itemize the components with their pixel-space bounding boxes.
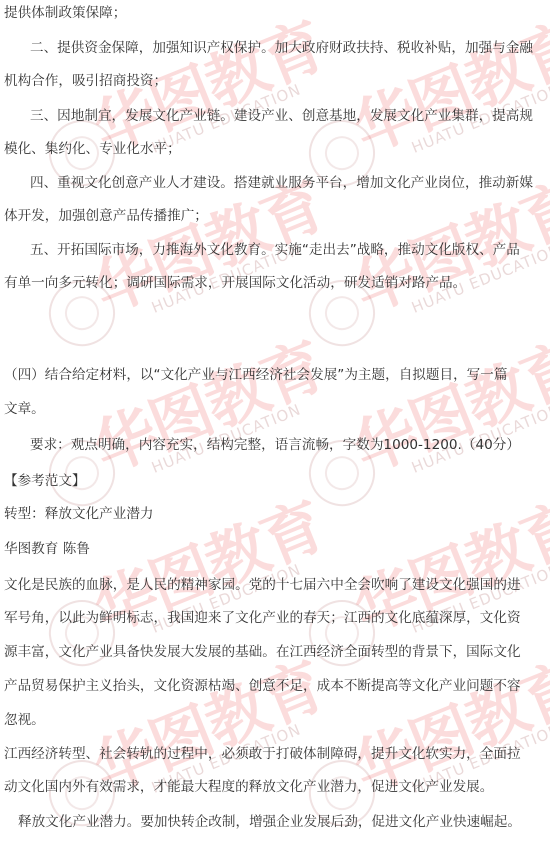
text-line: 三、因地制宜，发展文化产业链。建设产业、创意基地，发展文化产业集群，提高规 (30, 106, 550, 126)
question-heading: （四）结合给定材料，以“文化产业与江西经济社会发展”为主题，自拟题目，写一篇 (4, 365, 550, 385)
essay-title: 转型：释放文化产业潜力 (4, 504, 550, 524)
text-line: 释放文化产业潜力。要加快转企改制，增强企业发展后劲，促进文化产业快速崛起。 (18, 812, 550, 832)
text-line: 产品贸易保护主义抬头，文化资源枯竭、创意不足，成本不断提高等文化产业问题不容 (4, 676, 550, 696)
text-line: 模化、集约化、专业化水平； (4, 139, 550, 159)
text-line: 提供体制政策保障； (4, 3, 550, 23)
text-line: 四、重视文化创意产业人才建设。搭建就业服务平台，增加文化产业岗位，推动新媒 (30, 173, 550, 193)
text-line: 文章。 (4, 399, 550, 419)
text-line: 动文化国内外有效需求，才能最大程度的释放文化产业潜力，促进文化产业发展。 (4, 777, 550, 797)
text-line: 二、提供资金保障，加强知识产权保护。加大政府财政扶持、税收补贴，加强与金融 (30, 38, 550, 58)
text-line: 军号角，以此为鲜明标志，我国迎来了文化产业的春天；江西的文化底蕴深厚，文化资 (4, 608, 550, 628)
essay-author: 华图教育 陈鲁 (4, 539, 550, 559)
text-line: 江西经济转型、社会转轨的过程中，必须敢于打破体制障碍，提升文化软实力，全面拉 (4, 744, 550, 764)
text-line: 文化是民族的血脉，是人民的精神家园。党的十七届六中全会吹响了建设文化强国的进 (4, 575, 550, 595)
text-line: 机构合作，吸引招商投资； (4, 71, 550, 91)
text-line: 有单一向多元转化；调研国际需求，开展国际文化活动，研发适销对路产品。 (4, 273, 550, 293)
document-body: 提供体制政策保障； 二、提供资金保障，加强知识产权保护。加大政府财政扶持、税收补… (0, 0, 550, 862)
requirements: 要求：观点明确，内容充实，结构完整，语言流畅，字数为1000-1200.（40分… (30, 435, 550, 455)
text-line: 体开发，加强创意产品传播推广； (4, 206, 550, 226)
text-line: 源丰富，文化产业具备快发展大发展的基础。在江西经济全面转型的背景下，国际文化 (4, 642, 550, 662)
reference-label: 【参考范文】 (4, 471, 550, 491)
text-line: 忽视。 (4, 710, 550, 730)
text-line: 五、开拓国际市场，力推海外文化教育。实施“走出去”战略，推动文化版权、产品 (30, 240, 550, 260)
